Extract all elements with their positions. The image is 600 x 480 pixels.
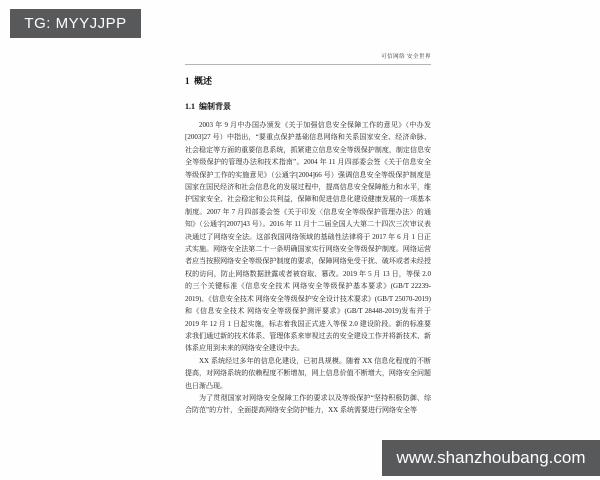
document-page: 可信网络 安全世界 1 概述 1.1 编制背景 2003 年 9 月中办国办颁发… [185,52,431,417]
website-watermark-badge: www.shanzhoubang.com [382,440,600,476]
subsection-heading: 1.1 编制背景 [185,101,431,112]
section-heading: 1 概述 [185,74,431,87]
telegram-watermark-badge: TG: MYYJJPP [10,9,141,38]
page-header-slogan: 可信网络 安全世界 [185,52,431,62]
paragraph-background-3: 为了贯彻国家对网络安全保障工作的要求以及等级保护“坚持积极防御、综合防范”的方针… [185,392,431,417]
document-body: 2003 年 9 月中办国办颁发《关于加强信息安全保障工作的意见》（中办发[20… [185,119,431,417]
header-divider-rule [185,64,431,65]
paragraph-background-2: XX 系统经过多年的信息化建设，已初具规模。随着 XX 信息化程度的不断提高，对… [185,355,431,392]
paragraph-background-1: 2003 年 9 月中办国办颁发《关于加强信息安全保障工作的意见》（中办发[20… [185,119,431,355]
